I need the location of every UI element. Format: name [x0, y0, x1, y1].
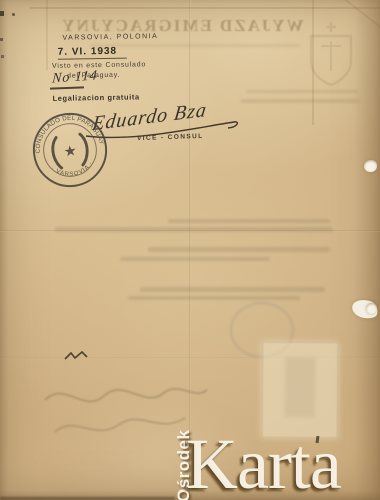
crease-vertical-left: [46, 0, 48, 70]
document-scan: WYJAZD EMIGRACYJNY VARSOVIA, POLONIA 7. …: [0, 0, 380, 500]
edge-speck: [1, 55, 4, 58]
edge-speck: [12, 13, 15, 16]
punch-hole-bottom: [366, 303, 377, 314]
stamp-visto-line1: Visto en este Consulado: [52, 61, 159, 70]
seal-star-icon: ★: [63, 143, 78, 161]
punch-hole-top: [364, 160, 377, 172]
scribble-mark: [63, 350, 89, 362]
stamp-date: 7. VI. 1938: [58, 46, 128, 60]
bleedthrough-line: [128, 296, 300, 300]
bleedthrough-line: [168, 219, 330, 223]
stamp-location: VARSOVIA, POLONIA: [62, 33, 158, 42]
bleedthrough-line: [120, 257, 270, 261]
edge-speck: [0, 11, 4, 16]
visa-stamp-block: VARSOVIA, POLONIA 7. VI. 1938 Visto en e…: [49, 33, 159, 103]
bleedthrough-line: [55, 227, 333, 232]
handwritten-number: No 114: [51, 68, 98, 87]
bleedthrough-line: [240, 99, 360, 103]
watermark-archive-logo: Karta: [186, 432, 341, 497]
bleedthrough-line: [148, 247, 330, 252]
crease-top: [30, 7, 380, 9]
reverse-stamp-smudge: [285, 357, 316, 417]
left-edge-shading: [0, 0, 8, 500]
bleedthrough-line: [140, 287, 325, 292]
stamp-legalization: Legalizacion gratuita: [52, 92, 159, 103]
bleedthrough-header-text: WYJAZD EMIGRACYJNY: [52, 16, 312, 36]
bleedthrough-line: [246, 90, 358, 93]
bleedthrough-emblem: [296, 16, 366, 91]
consulate-seal: CONSULADO DEL PARAGUAY · VARSOVIA · ★: [26, 106, 114, 194]
edge-speck: [0, 38, 3, 41]
